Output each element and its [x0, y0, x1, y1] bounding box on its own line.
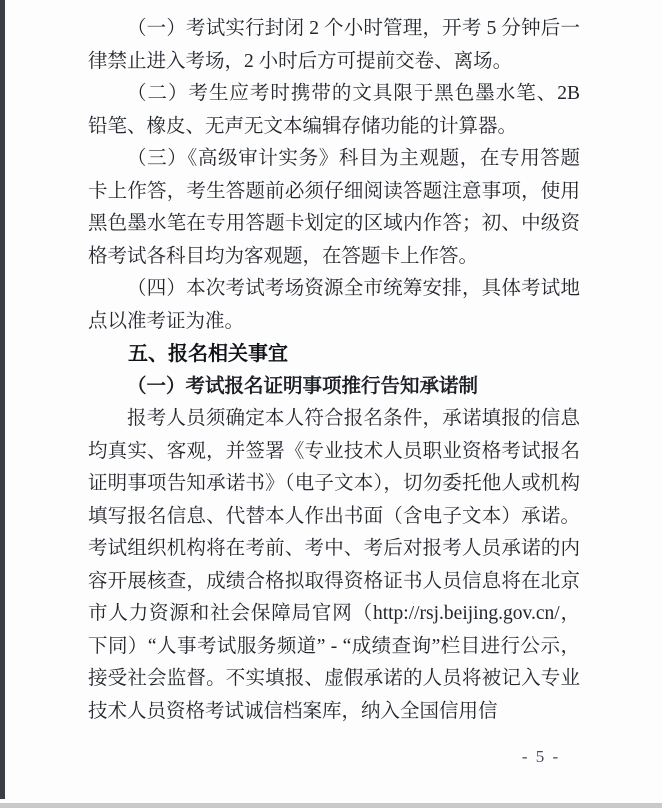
page-number: - 5 -: [498, 746, 584, 768]
paragraph: 报考人员须确定本人符合报名条件，承诺填报的信息均真实、客观，并签署《专业技术人员…: [88, 403, 580, 728]
scan-bottom-strip: [0, 803, 662, 808]
paragraph: （四）本次考试考场资源全市统筹安排，具体考试地点以准考证为准。: [88, 273, 580, 338]
scan-edge-bar: [0, 0, 5, 799]
section-heading: 五、报名相关事宜: [88, 338, 580, 371]
paragraph: （三）《高级审计实务》科目为主观题，在专用答题卡上作答，考生答题前必须仔细阅读答…: [88, 143, 580, 273]
document-body: （一）考试实行封闭 2 个小时管理，开考 5 分钟后一律禁止进入考场，2 小时后…: [88, 13, 580, 728]
sub-heading: （一）考试报名证明事项推行告知承诺制: [88, 371, 580, 404]
paragraph: （一）考试实行封闭 2 个小时管理，开考 5 分钟后一律禁止进入考场，2 小时后…: [88, 13, 580, 78]
paragraph: （二）考生应考时携带的文具限于黑色墨水笔、2B 铅笔、橡皮、无声无文本编辑存储功…: [88, 78, 580, 143]
